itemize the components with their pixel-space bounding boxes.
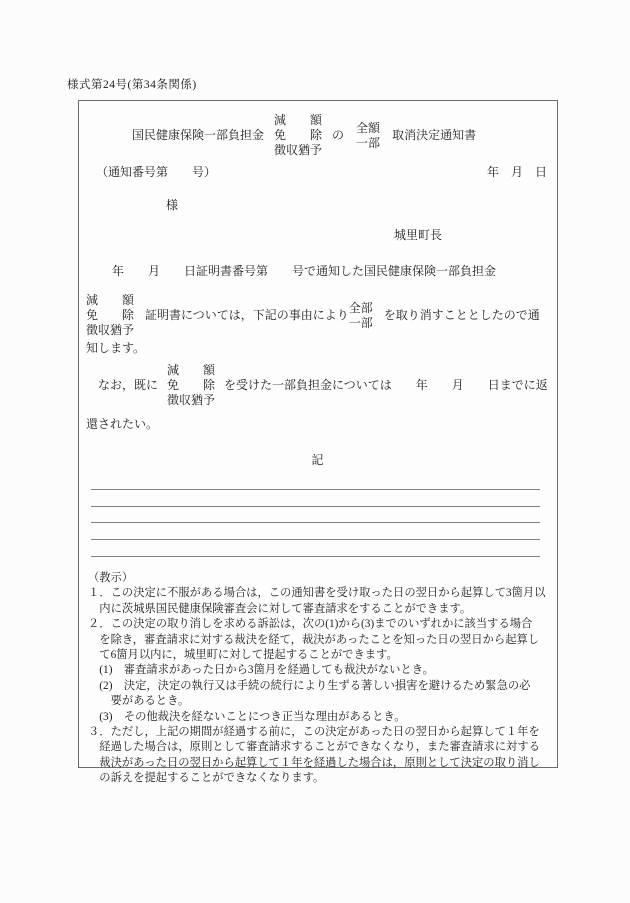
p2-scope-options: 全部 一部 bbox=[349, 301, 373, 331]
option-part: 一部 bbox=[349, 316, 373, 331]
p2-continuation: 知します。 bbox=[86, 341, 549, 356]
p3-lead: なお，既に bbox=[86, 378, 158, 393]
instructions-line: （教示） bbox=[88, 571, 549, 586]
instructions-line: 裁決があった日の翌日から起算して１年を経過した場合は，原則として決定の取り消し bbox=[88, 756, 549, 771]
instructions-line: 要があるとき。 bbox=[88, 694, 549, 709]
instructions-line: ２．この決定の取り消しを求める訴訟は，次の(1)から(3)までのいずれかに該当す… bbox=[88, 617, 549, 632]
blank-line bbox=[91, 490, 540, 507]
p2-text-before: 証明書については，下記の事由により bbox=[145, 308, 349, 323]
option-partial-amount: 一部 bbox=[356, 136, 380, 151]
body-paragraph-2: 減 額 免 除 徴収猶予 証明書については，下記の事由により 全部 一部 を取り… bbox=[86, 293, 549, 338]
blank-line bbox=[91, 507, 540, 524]
instructions-line: (3) その他裁決を経ないことにつき正当な理由があるとき。 bbox=[88, 710, 549, 725]
title-suffix: 取消決定通知書 bbox=[392, 128, 476, 143]
option-deferment: 徴収猶予 bbox=[167, 393, 215, 408]
notification-row: （通知番号第 号） 年 月 日 bbox=[96, 165, 547, 180]
blank-line bbox=[91, 540, 540, 557]
title-particle: の bbox=[332, 128, 344, 143]
instructions-line: 内に茨城県国民健康保険審査会に対して審査請求をすることができます。 bbox=[88, 602, 549, 617]
option-whole: 全部 bbox=[349, 301, 373, 316]
instructions-line: 経過した場合は，原則として審査請求することができなくなり，また審査請求に対する bbox=[88, 740, 549, 755]
record-heading: 記 bbox=[86, 453, 549, 468]
sender-title: 城里町長 bbox=[394, 228, 549, 243]
instructions-line: て6箇月以内に，城里町に対して提起することができます。 bbox=[88, 648, 549, 663]
addressee-honorific: 様 bbox=[166, 198, 549, 213]
title-reduction-options: 減 額 免 除 徴収猶予 bbox=[274, 113, 322, 158]
instructions-section: （教示） １．この決定に不服がある場合は，この通知書を受け取った日の翌日から起算… bbox=[88, 571, 549, 787]
option-reduction: 減 額 bbox=[274, 113, 322, 128]
body-paragraph-1: 年 月 日証明書番号第 号で通知した国民健康保険一部負担金 bbox=[88, 264, 549, 279]
option-reduction: 減 額 bbox=[167, 363, 215, 378]
p3-text-after: を受けた一部負担金については 年 月 日までに返 bbox=[224, 378, 548, 393]
option-deferment: 徴収猶予 bbox=[274, 143, 322, 158]
option-deferment: 徴収猶予 bbox=[86, 323, 134, 338]
option-full-amount: 全額 bbox=[356, 121, 380, 136]
instructions-line: の訴えを提起することができなくなります。 bbox=[88, 771, 549, 786]
option-reduction: 減 額 bbox=[86, 293, 134, 308]
form-number-label: 様式第24号(第34条関係) bbox=[67, 76, 197, 92]
option-exemption: 免 除 bbox=[86, 308, 134, 323]
title-scope-options: 全額 一部 bbox=[356, 121, 380, 151]
document-title: 国民健康保険一部負担金 減 額 免 除 徴収猶予 の 全額 一部 取消決定通知書 bbox=[132, 113, 549, 158]
record-blank-lines bbox=[91, 473, 540, 557]
instructions-line: ３．ただし，上記の期間が経過する前に，この決定があった日の翌日から起算して１年を bbox=[88, 725, 549, 740]
instructions-line: (1) 審査請求があった日から3箇月を経過しても裁決がないとき。 bbox=[88, 663, 549, 678]
p3-reduction-options: 減 額 免 除 徴収猶予 bbox=[167, 363, 215, 408]
body-paragraph-3: なお，既に 減 額 免 除 徴収猶予 を受けた一部負担金については 年 月 日ま… bbox=[86, 363, 549, 408]
p3-continuation: 還されたい。 bbox=[86, 417, 549, 432]
blank-line bbox=[91, 523, 540, 540]
notice-box: 国民健康保険一部負担金 減 額 免 除 徴収猶予 の 全額 一部 取消決定通知書… bbox=[78, 100, 558, 768]
p2-reduction-options: 減 額 免 除 徴収猶予 bbox=[86, 293, 134, 338]
p2-text-after: を取り消すこととしたので通 bbox=[384, 308, 540, 323]
option-exemption: 免 除 bbox=[167, 378, 215, 393]
blank-line bbox=[91, 473, 540, 490]
title-prefix: 国民健康保険一部負担金 bbox=[132, 128, 264, 143]
instructions-line: １．この決定に不服がある場合は，この通知書を受け取った日の翌日から起算して3箇月… bbox=[88, 586, 549, 601]
option-exemption: 免 除 bbox=[274, 128, 322, 143]
notification-number: （通知番号第 号） bbox=[96, 165, 216, 180]
instructions-line: (2) 決定，決定の執行又は手続の続行により生ずる著しい損害を避けるため緊急の必 bbox=[88, 679, 549, 694]
instructions-line: を除き，審査請求に対する裁決を経て，裁決があったことを知った日の翌日から起算し bbox=[88, 633, 549, 648]
issue-date: 年 月 日 bbox=[487, 165, 547, 180]
